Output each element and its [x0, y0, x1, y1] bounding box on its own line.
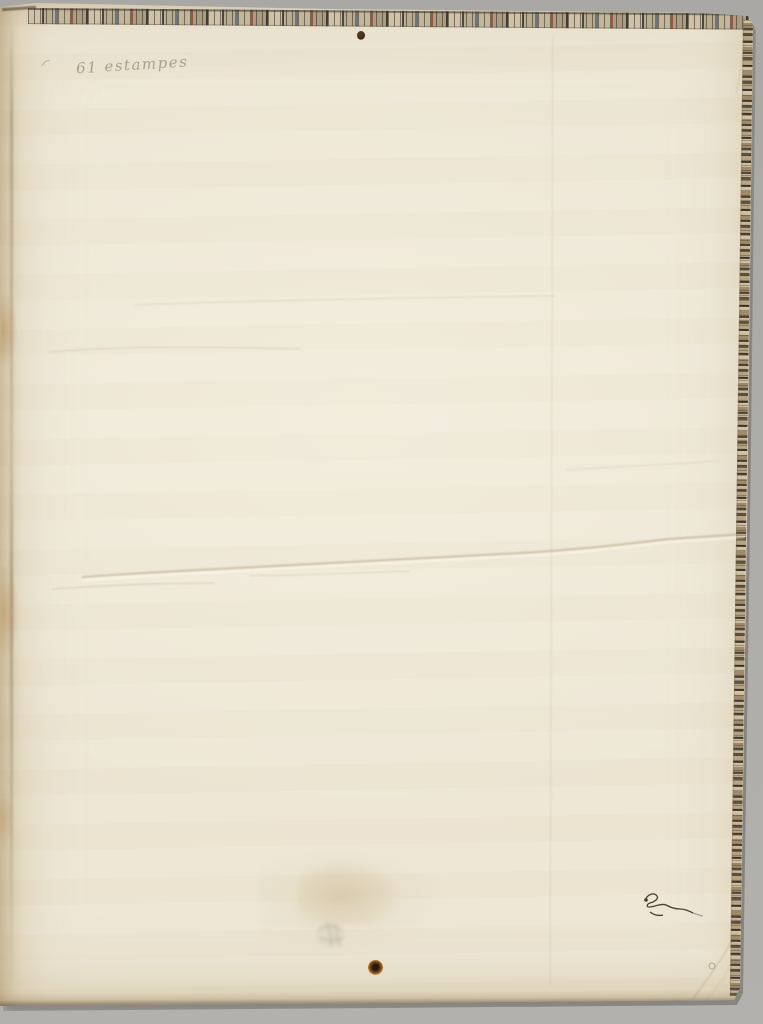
- gutter-stain: [0, 790, 14, 845]
- rust-spot: [368, 960, 383, 975]
- ink-dot-top: [357, 31, 365, 40]
- bottom-stain: [298, 862, 398, 924]
- vertical-fold-line: [550, 38, 553, 985]
- gutter-stain: [0, 295, 16, 365]
- pencil-tick-left: [42, 61, 50, 66]
- gutter-crease: [10, 18, 13, 997]
- book-page: 61 estampes: [0, 0, 754, 1009]
- scan-backdrop: 61 estampes: [0, 0, 763, 1024]
- handwritten-inscription: 61 estampes: [76, 53, 189, 78]
- ink-scribble: [644, 894, 703, 916]
- horizontal-creases: [50, 296, 745, 589]
- gutter-stain: [0, 565, 18, 660]
- top-edge-decoration: [28, 8, 752, 30]
